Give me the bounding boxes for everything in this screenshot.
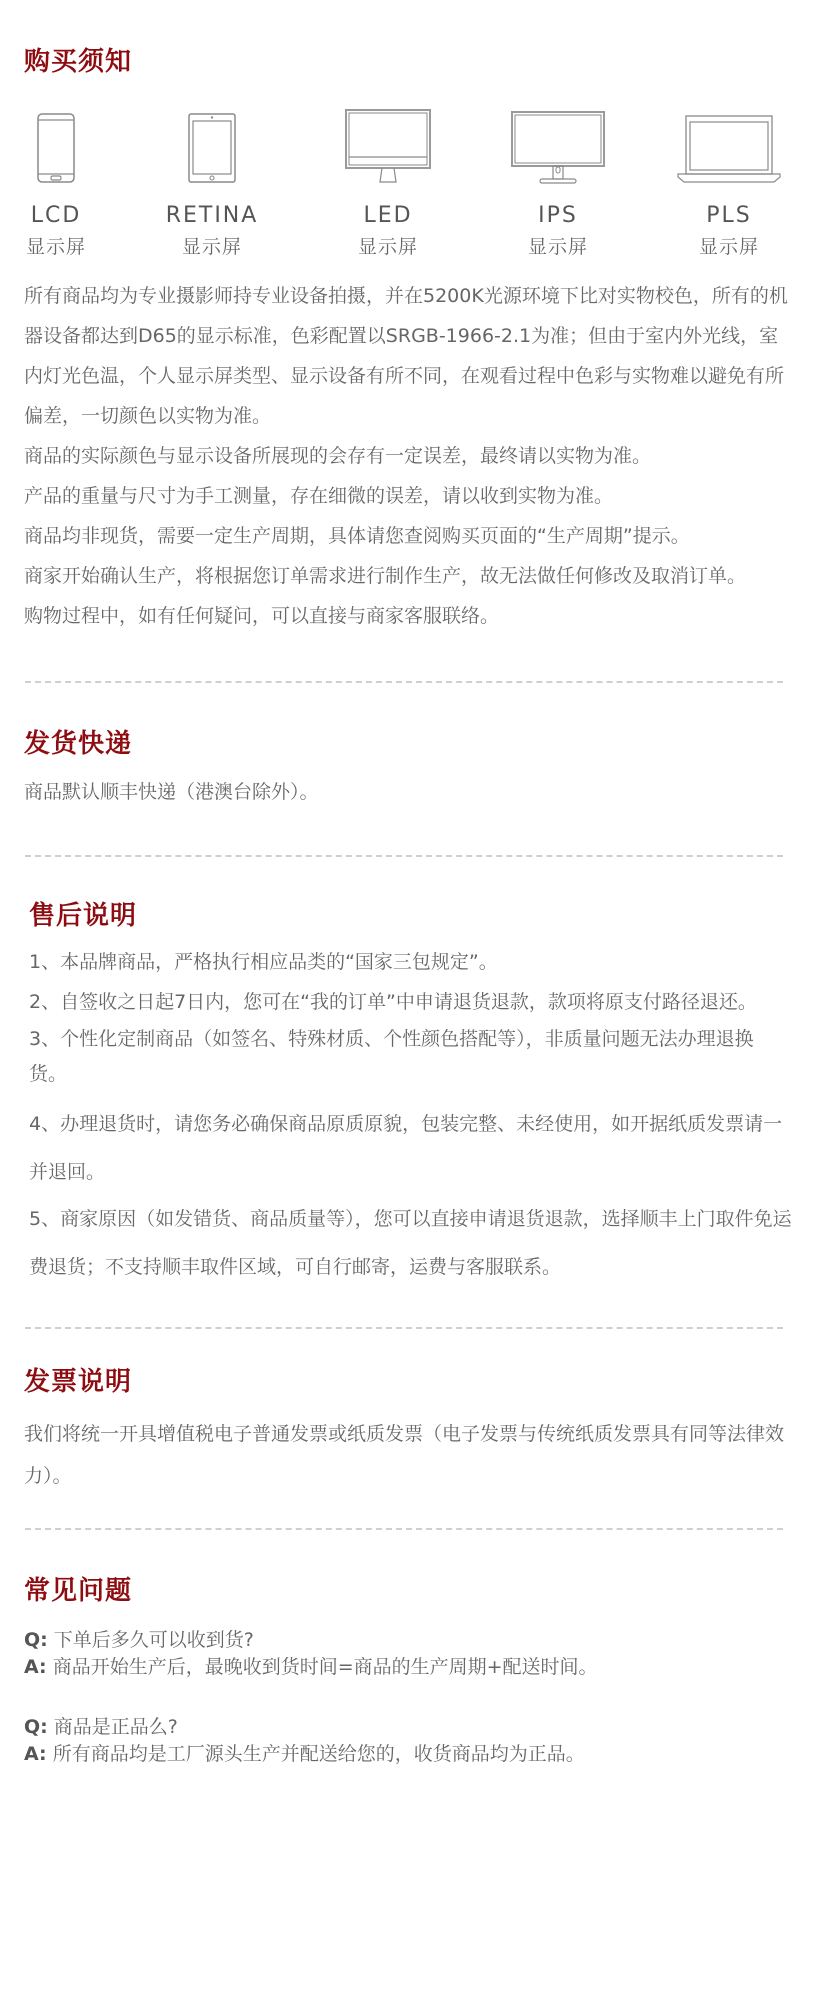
answer-label: A: — [24, 1656, 47, 1678]
question-text: 下单后多久可以收到货? — [54, 1629, 254, 1651]
display-type-lcd: LCD 显示屏 — [0, 104, 126, 260]
faq-answer: A: 所有商品均是工厂源头生产并配送给您的，收货商品均为正品。 — [24, 1741, 585, 1767]
section-title-shipping: 发货快递 — [24, 728, 132, 760]
tablet-icon — [187, 112, 237, 184]
purchase-note: 商品均非现货，需要一定生产周期，具体请您查阅购买页面的“生产周期”提示。 — [24, 523, 690, 549]
after-sales-item: 5、商家原因（如发错货、商品质量等），您可以直接申请退货退款，选择顺丰上门取件免… — [29, 1195, 794, 1291]
section-divider — [25, 1327, 783, 1329]
section-divider — [25, 855, 783, 857]
faq-question: Q: 下单后多久可以收到货? — [24, 1627, 254, 1653]
display-type-label: RETINA — [142, 202, 282, 230]
purchase-note: 产品的重量与尺寸为手工测量，存在细微的误差，请以收到实物为准。 — [24, 483, 613, 509]
display-type-sub: 显示屏 — [318, 234, 458, 260]
answer-text: 商品开始生产后，最晚收到货时间=商品的生产周期+配送时间。 — [53, 1656, 598, 1678]
laptop-icon — [676, 114, 782, 184]
question-label: Q: — [24, 1716, 48, 1738]
answer-text: 所有商品均是工厂源头生产并配送给您的，收货商品均为正品。 — [53, 1743, 585, 1765]
display-type-sub: 显示屏 — [0, 234, 126, 260]
display-type-label: PLS — [659, 202, 799, 230]
display-type-retina: RETINA 显示屏 — [142, 104, 282, 260]
faq-answer: A: 商品开始生产后，最晚收到货时间=商品的生产周期+配送时间。 — [24, 1654, 598, 1680]
purchase-note: 商品的实际颜色与显示设备所展现的会存有一定误差，最终请以实物为准。 — [24, 443, 651, 469]
purchase-note: 购物过程中，如有任何疑问，可以直接与商家客服联络。 — [24, 603, 499, 629]
color-disclaimer-paragraph: 所有商品均为专业摄影师持专业设备拍摄，并在5200K光源环境下比对实物校色，所有… — [24, 276, 794, 436]
display-type-sub: 显示屏 — [659, 234, 799, 260]
shipping-text: 商品默认顺丰快递（港澳台除外）。 — [24, 779, 319, 805]
after-sales-item: 3、个性化定制商品（如签名、特殊材质、个性颜色搭配等），非质量问题无法办理退换货… — [29, 1022, 789, 1092]
faq-question: Q: 商品是正品么? — [24, 1714, 178, 1740]
display-type-label: LED — [318, 202, 458, 230]
display-type-label: LCD — [0, 202, 126, 230]
display-type-label: IPS — [488, 202, 628, 230]
after-sales-item: 1、本品牌商品，严格执行相应品类的“国家三包规定”。 — [29, 949, 498, 975]
display-type-pls: PLS 显示屏 — [659, 104, 799, 260]
section-title-purchase-notice: 购买须知 — [24, 46, 132, 78]
answer-label: A: — [24, 1743, 47, 1765]
question-label: Q: — [24, 1629, 48, 1651]
imac-monitor-icon — [344, 108, 432, 184]
display-type-ips: IPS 显示屏 — [488, 104, 628, 260]
section-title-invoice: 发票说明 — [24, 1366, 132, 1398]
section-divider — [25, 681, 783, 683]
display-type-sub: 显示屏 — [488, 234, 628, 260]
question-text: 商品是正品么? — [54, 1716, 178, 1738]
desktop-monitor-icon — [510, 110, 606, 184]
phone-icon — [36, 112, 76, 184]
after-sales-item: 2、自签收之日起7日内，您可在“我的订单”中申请退货退款，款项将原支付路径退还。 — [29, 989, 757, 1015]
section-title-faq: 常见问题 — [24, 1575, 132, 1607]
section-divider — [25, 1528, 783, 1530]
invoice-text: 我们将统一开具增值税电子普通发票或纸质发票（电子发票与传统纸质发票具有同等法律效… — [24, 1413, 794, 1497]
display-type-led: LED 显示屏 — [318, 104, 458, 260]
display-type-sub: 显示屏 — [142, 234, 282, 260]
section-title-after-sales: 售后说明 — [29, 900, 137, 932]
after-sales-item: 4、办理退货时，请您务必确保商品原质原貌，包装完整、未经使用，如开据纸质发票请一… — [29, 1100, 794, 1196]
purchase-note: 商家开始确认生产，将根据您订单需求进行制作生产，故无法做任何修改及取消订单。 — [24, 563, 746, 589]
